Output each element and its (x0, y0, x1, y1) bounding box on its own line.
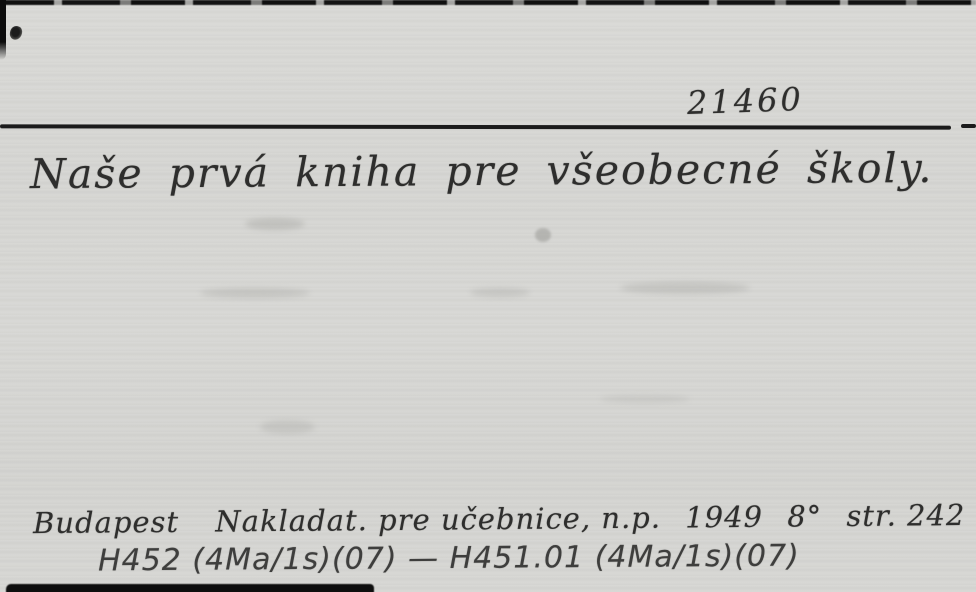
imprint-format: 8° (787, 499, 822, 533)
ink-blot (8, 25, 23, 42)
scan-edge-top (0, 0, 976, 5)
pencil-smudge (600, 395, 690, 403)
accession-number: 21460 (686, 80, 804, 122)
title-handwriting: Naše prvá kniha pre všeobecné školy. (30, 144, 934, 198)
ruled-line (0, 124, 951, 129)
imprint-place: Budapest (33, 505, 179, 540)
imprint-handwriting: Budapest Nakladat. pre učebnice, n.p. 19… (33, 498, 976, 540)
imprint-pages: str. 242 (846, 498, 965, 533)
pencil-smudge (260, 420, 315, 434)
scan-edge-left (0, 0, 6, 60)
pencil-smudge (535, 228, 551, 242)
imprint-publisher: Nakladat. pre učebnice, n.p. (215, 501, 661, 539)
ruled-line-dash (961, 124, 976, 128)
call-number-handwriting: H452 (4Ma/1s)(07) — H451.01 (4Ma/1s)(07) (98, 539, 800, 579)
pencil-smudge (200, 288, 310, 298)
pencil-smudge (245, 218, 305, 230)
scan-edge-bottom (6, 584, 374, 592)
imprint-year: 1949 (685, 500, 763, 535)
pencil-smudge (470, 288, 530, 297)
pencil-smudge (620, 282, 750, 294)
catalog-card-scan: 21460 Naše prvá kniha pre všeobecné škol… (0, 0, 976, 592)
